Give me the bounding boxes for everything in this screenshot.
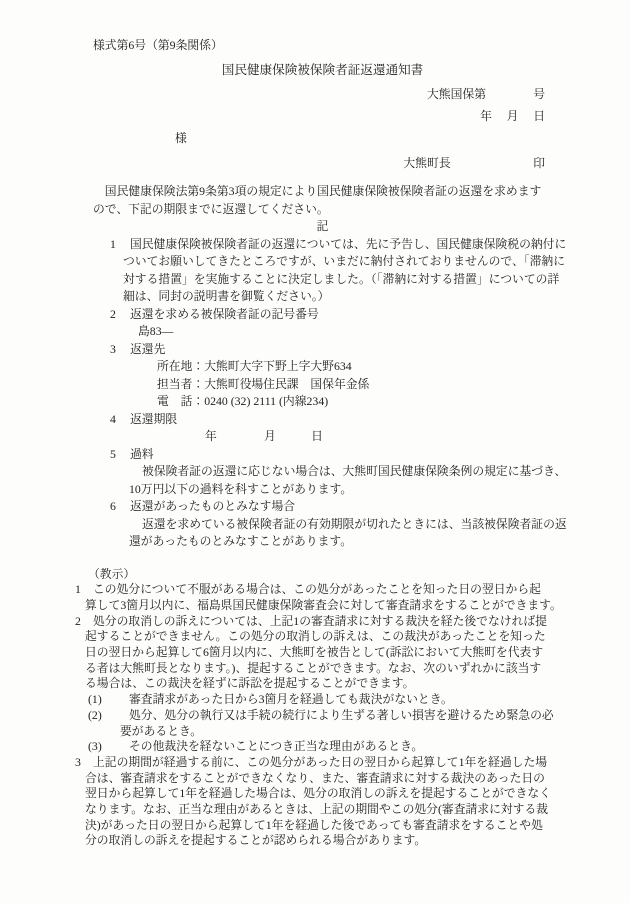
item-text-cont: 分の取消しの訴えを提起することが認められる場合があります。 <box>85 833 545 849</box>
kyoji-heading: （教示） <box>88 567 545 583</box>
item-text-cont: る者は大熊町長となります。)、提起することができます。なお、次のいずれかに該当す <box>85 661 545 677</box>
kyoji-item-2: 2 処分の取消しの訴えについては、上記1の審査請求に対する裁決を経た後でなければ… <box>75 614 545 630</box>
sender-seal-line: 大熊町長 印 <box>60 155 545 173</box>
page-title: 国民健康保険被保険者証返還通知書 <box>60 62 545 80</box>
kyoji-section: （教示） 1 この処分について不服がある場合は、この処分があったことを知った日の… <box>60 567 545 850</box>
item-text-cont: 決)があった日の翌日から起算して1年を経過した後であっても審査請求をすることや処 <box>85 818 545 834</box>
item-text-cont: 算して3箇月以内に、福島県国民健康保険審査会に対して審査請求をすることができます… <box>85 598 545 614</box>
subitem-text: その他裁決を経ないことにつき正当な理由があるとき。 <box>129 739 423 755</box>
item-paragraph: 返還を求めている被保険者証の有効期限が切れたときには、当該被保険者証の返 <box>142 516 545 534</box>
item-text: 過料 <box>130 446 154 464</box>
item-number: 5 <box>110 446 130 464</box>
document-header: 様式第6号（第9条関係） 国民健康保険被保険者証返還通知書 大熊国保第 号 年 … <box>60 37 545 172</box>
item-paragraph: 被保険者証の返還に応じない場合は、大熊町国民健康保険条例の規定に基づき、 <box>142 463 545 481</box>
addressee-honorific: 様 <box>175 130 545 148</box>
return-address: 所在地：大熊町大字下野上字大野634 <box>157 358 545 376</box>
list-item-4: 4 返還期限 <box>110 411 545 429</box>
item-number: 2 <box>110 306 130 324</box>
list-item-2: 2 返還を求める被保険者証の記号番号 <box>110 306 545 324</box>
item-text-cont: 対する措置」を実施することに決定しました。（「滞納に対する措置」についての詳 <box>123 271 545 289</box>
item-text: 返還があったものとみなす場合 <box>130 498 295 516</box>
subitem-marker: (2) <box>88 708 129 724</box>
item-number: 1 <box>110 236 130 254</box>
subitem-text-cont: 要があるとき。 <box>120 724 545 740</box>
intro-paragraph: 国民健康保険法第9条第3項の規定により国民健康保険被保険者証の返還を求めます の… <box>60 183 545 218</box>
intro-line: 国民健康保険法第9条第3項の規定により国民健康保険被保険者証の返還を求めます <box>93 183 545 201</box>
ki-heading: 記 <box>60 218 545 236</box>
deadline-date-blank: 年 月 日 <box>205 428 545 446</box>
item-text: 国民健康保険被保険者証の返還については、先に予告し、国民健康保険税の納付に <box>130 236 566 254</box>
item-number: 1 <box>75 582 93 598</box>
item-text-cont: 翌日から起算して1年を経過した場合は、処分の取消しの訴えを提起することができなく <box>85 786 545 802</box>
ki-section: 記 1 国民健康保険被保険者証の返還については、先に予告し、国民健康保険税の納付… <box>60 218 545 551</box>
item-text-cont: ついてお願いしてきたところですが、いまだに納付されておりませんので、「滞納に <box>123 253 545 271</box>
phone-number: 電 話：0240 (32) 2111 (内線234) <box>157 393 545 411</box>
item-number: 4 <box>110 411 130 429</box>
item-text: 処分の取消しの訴えについては、上記1の審査請求に対する裁決を経た後でなければ提 <box>93 614 547 630</box>
doc-number-line: 大熊国保第 号 <box>60 86 545 104</box>
document-page: 様式第6号（第9条関係） 国民健康保険被保険者証返還通知書 大熊国保第 号 年 … <box>0 0 630 903</box>
form-number: 様式第6号（第9条関係） <box>93 37 545 55</box>
item-text: この処分について不服がある場合は、この処分があったことを知った日の翌日から起 <box>93 582 541 598</box>
item-number: 6 <box>110 498 130 516</box>
kyoji-item-1: 1 この処分について不服がある場合は、この処分があったことを知った日の翌日から起 <box>75 582 545 598</box>
item-text-cont: 日の翌日から起算して6箇月以内に、大熊町を被告として(訴訟において大熊町を代表す <box>85 645 545 661</box>
item-number: 3 <box>75 755 93 771</box>
item-text-cont: る場合は、この裁決を経ずに訴訟を提起することができます。 <box>85 676 545 692</box>
subitem-marker: (3) <box>88 739 129 755</box>
list-item-3: 3 返還先 <box>110 341 545 359</box>
item-text: 返還期限 <box>130 411 177 429</box>
contact-person: 担当者：大熊町役場住民課 国保年金係 <box>157 376 545 394</box>
subitem-text: 審査請求があった日から3箇月を経過しても裁決がないとき。 <box>129 692 453 708</box>
item-text-cont: なります。なお、正当な理由があるときは、上記の期間やこの処分(審査請求に対する裁 <box>85 802 545 818</box>
item-text-cont: 起することができません。この処分の取消しの訴えは、この裁決があったことを知った <box>85 629 545 645</box>
intro-line: ので、下記の期限までに返還してください。 <box>93 201 545 219</box>
kyoji-subitem-1: (1) 審査請求があった日から3箇月を経過しても裁決がないとき。 <box>88 692 545 708</box>
item-number: 3 <box>110 341 130 359</box>
item-text-cont: 細は、同封の説明書を御覧ください。） <box>123 288 545 306</box>
kyoji-subitem-2: (2) 処分、処分の執行又は手続の続行により生ずる著しい損害を避けるため緊急の必 <box>88 708 545 724</box>
item-text: 上記の期間が経過する前に、この処分があった日の翌日から起算して1年を経過した場 <box>93 755 547 771</box>
list-item-1: 1 国民健康保険被保険者証の返還については、先に予告し、国民健康保険税の納付に <box>110 236 545 254</box>
item-number: 2 <box>75 614 93 630</box>
kyoji-subitem-3: (3) その他裁決を経ないことにつき正当な理由があるとき。 <box>88 739 545 755</box>
issue-date-line: 年 月 日 <box>60 108 545 126</box>
list-item-5: 5 過料 <box>110 446 545 464</box>
item-paragraph-cont: 10万円以下の過料を科すことがあります。 <box>129 481 545 499</box>
kyoji-item-3: 3 上記の期間が経過する前に、この処分があった日の翌日から起算して1年を経過した… <box>75 755 545 771</box>
subitem-marker: (1) <box>88 692 129 708</box>
item-text-cont: 合は、審査請求をすることができなくなり、また、審査請求に対する裁決のあった日の <box>85 771 545 787</box>
subitem-text: 処分、処分の執行又は手続の続行により生ずる著しい損害を避けるため緊急の必 <box>129 708 554 724</box>
item-paragraph-cont: 還があったものとみなすことがあります。 <box>129 533 545 551</box>
item-text: 返還を求める被保険者証の記号番号 <box>130 306 319 324</box>
list-item-6: 6 返還があったものとみなす場合 <box>110 498 545 516</box>
insurance-card-number: 島83― <box>138 323 545 341</box>
item-text: 返還先 <box>130 341 165 359</box>
